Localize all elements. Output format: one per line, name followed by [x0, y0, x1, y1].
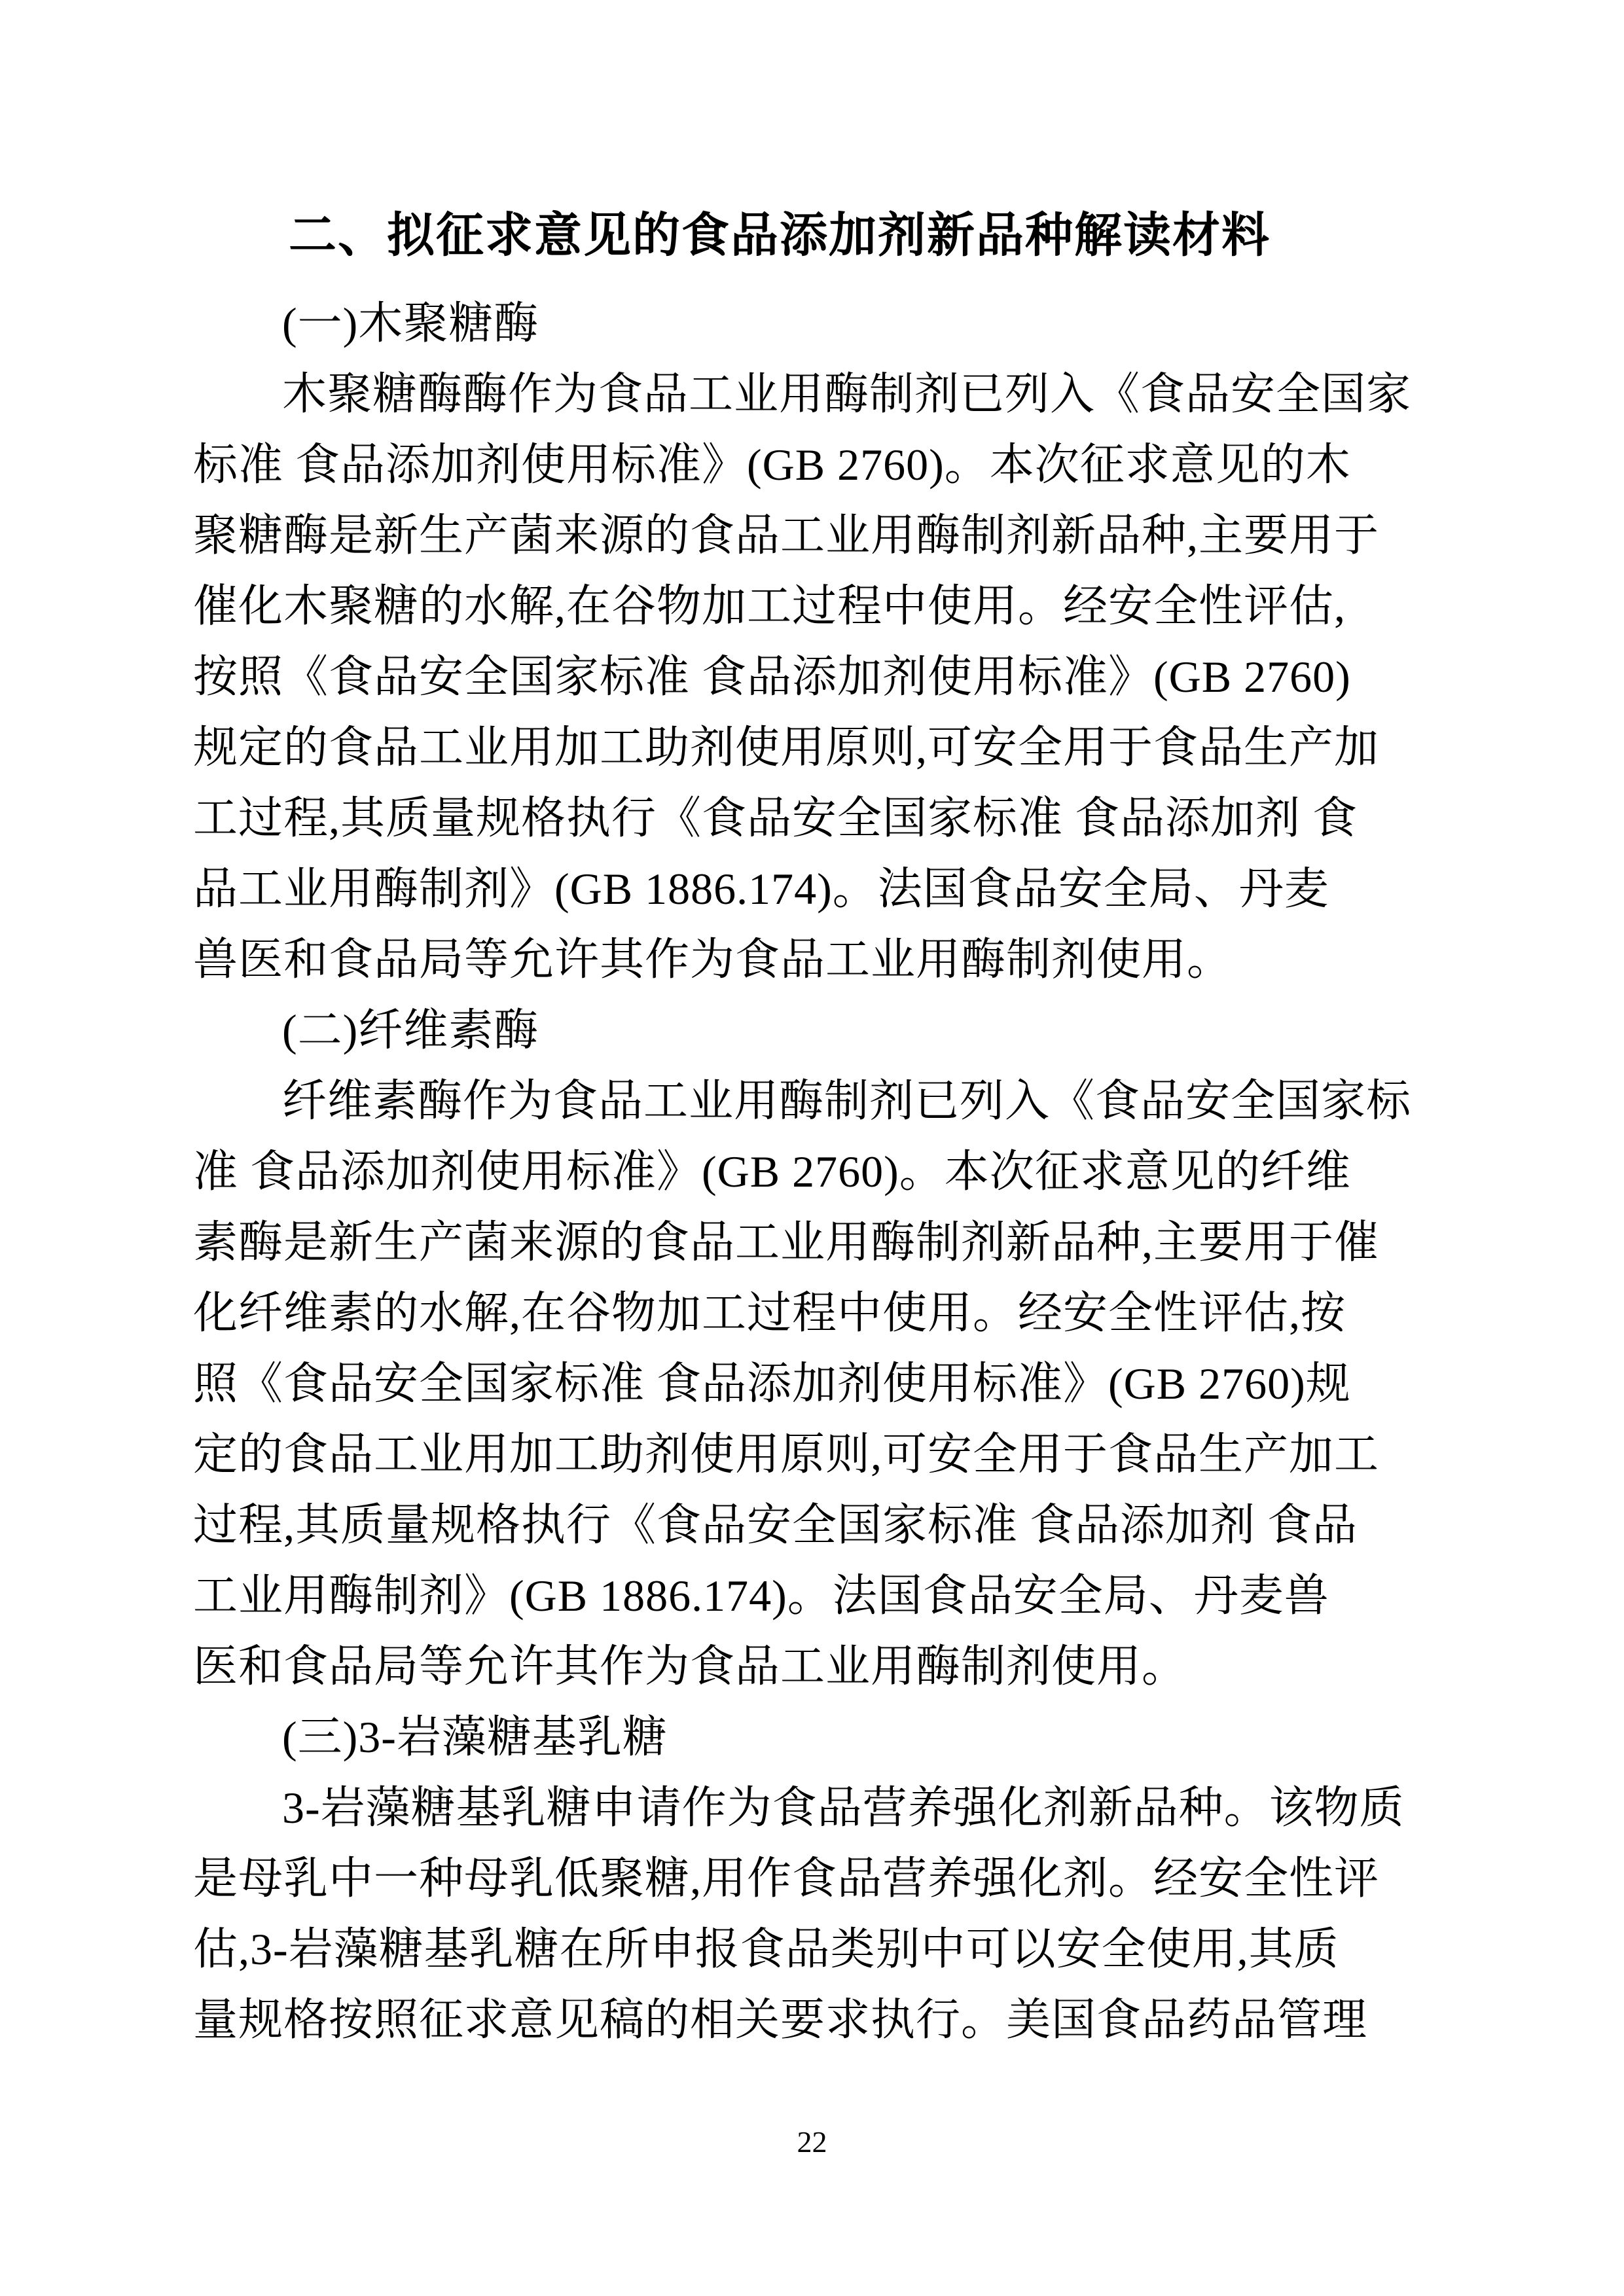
- paragraph-line: 素酶是新生产菌来源的食品工业用酶制剂新品种,主要用于催: [193, 1207, 1398, 1278]
- page-number: 22: [0, 2126, 1624, 2159]
- document-heading: 二、拟征求意见的食品添加剂新品种解读材料: [193, 196, 1398, 288]
- paragraph-line: 催化木聚糖的水解,在谷物加工过程中使用。经安全性评估,: [193, 571, 1398, 641]
- section-title: (三)3-岩藻糖基乳糖: [193, 1702, 1398, 1772]
- paragraph-line: 化纤维素的水解,在谷物加工过程中使用。经安全性评估,按: [193, 1278, 1398, 1348]
- paragraph-line: 木聚糖酶酶作为食品工业用酶制剂已列入《食品安全国家: [193, 359, 1398, 429]
- section-title: (一)木聚糖酶: [193, 288, 1398, 359]
- paragraph-line: 照《食品安全国家标准 食品添加剂使用标准》(GB 2760)规: [193, 1348, 1398, 1419]
- paragraph-line: 工业用酶制剂》(GB 1886.174)。法国食品安全局、丹麦兽: [193, 1560, 1398, 1631]
- section-title: (二)纤维素酶: [193, 995, 1398, 1066]
- paragraph-line: 医和食品局等允许其作为食品工业用酶制剂使用。: [193, 1631, 1398, 1702]
- paragraph-line: 品工业用酶制剂》(GB 1886.174)。法国食品安全局、丹麦: [193, 853, 1398, 924]
- sections-container: (一)木聚糖酶木聚糖酶酶作为食品工业用酶制剂已列入《食品安全国家标准 食品添加剂…: [193, 288, 1398, 2055]
- paragraph-line: 定的食品工业用加工助剂使用原则,可安全用于食品生产加工: [193, 1419, 1398, 1490]
- paragraph-line: 按照《食品安全国家标准 食品添加剂使用标准》(GB 2760): [193, 641, 1398, 712]
- paragraph-line: 3-岩藻糖基乳糖申请作为食品营养强化剂新品种。该物质: [193, 1772, 1398, 1843]
- document-body: 二、拟征求意见的食品添加剂新品种解读材料 (一)木聚糖酶木聚糖酶酶作为食品工业用…: [193, 196, 1398, 2055]
- section-2: (二)纤维素酶纤维素酶作为食品工业用酶制剂已列入《食品安全国家标准 食品添加剂使…: [193, 995, 1398, 1702]
- paragraph-line: 聚糖酶是新生产菌来源的食品工业用酶制剂新品种,主要用于: [193, 500, 1398, 571]
- paragraph-line: 过程,其质量规格执行《食品安全国家标准 食品添加剂 食品: [193, 1490, 1398, 1560]
- document-page: 二、拟征求意见的食品添加剂新品种解读材料 (一)木聚糖酶木聚糖酶酶作为食品工业用…: [0, 0, 1624, 2296]
- paragraph-line: 纤维素酶作为食品工业用酶制剂已列入《食品安全国家标: [193, 1066, 1398, 1136]
- section-1: (一)木聚糖酶木聚糖酶酶作为食品工业用酶制剂已列入《食品安全国家标准 食品添加剂…: [193, 288, 1398, 995]
- paragraph-line: 准 食品添加剂使用标准》(GB 2760)。本次征求意见的纤维: [193, 1136, 1398, 1207]
- section-3: (三)3-岩藻糖基乳糖3-岩藻糖基乳糖申请作为食品营养强化剂新品种。该物质是母乳…: [193, 1702, 1398, 2055]
- paragraph-line: 量规格按照征求意见稿的相关要求执行。美国食品药品管理: [193, 1984, 1398, 2055]
- paragraph-line: 规定的食品工业用加工助剂使用原则,可安全用于食品生产加: [193, 712, 1398, 783]
- paragraph-line: 工过程,其质量规格执行《食品安全国家标准 食品添加剂 食: [193, 783, 1398, 853]
- paragraph-line: 估,3-岩藻糖基乳糖在所申报食品类别中可以安全使用,其质: [193, 1914, 1398, 1984]
- paragraph-line: 标准 食品添加剂使用标准》(GB 2760)。本次征求意见的木: [193, 429, 1398, 500]
- paragraph-line: 是母乳中一种母乳低聚糖,用作食品营养强化剂。经安全性评: [193, 1843, 1398, 1914]
- paragraph-line: 兽医和食品局等允许其作为食品工业用酶制剂使用。: [193, 924, 1398, 995]
